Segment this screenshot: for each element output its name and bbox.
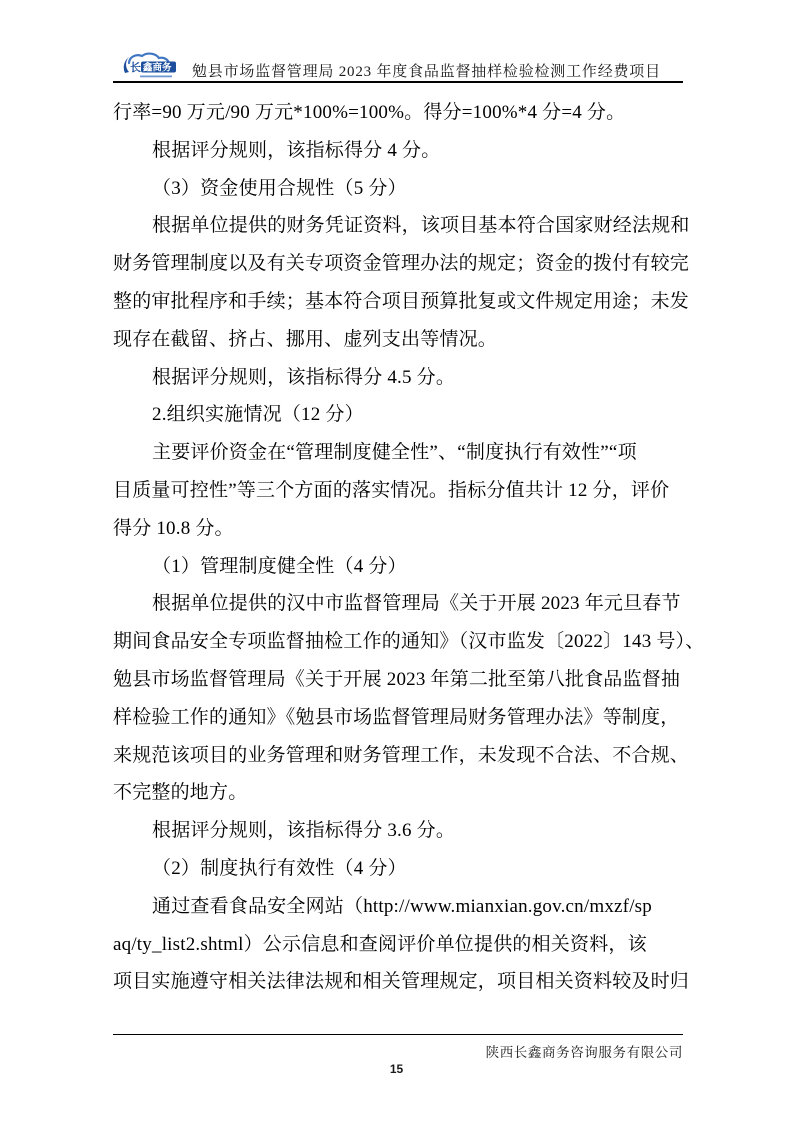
body-line: （1）管理制度健全性（4 分）: [113, 548, 685, 586]
body-line: 项目实施遵守相关法律法规和相关管理规定，项目相关资料较及时归: [113, 963, 685, 1001]
document-page: 长 鑫商务 勉县市场监督管理局 2023 年度食品监督抽样检验检测工作经费项目 …: [0, 0, 793, 1122]
body-line: 现存在截留、挤占、挪用、虚列支出等情况。: [113, 321, 685, 359]
body-line: 财务管理制度以及有关专项资金管理办法的规定；资金的拨付有较完: [113, 245, 685, 283]
body-line: 2.组织实施情况（12 分）: [113, 396, 685, 434]
body-line: （2）制度执行有效性（4 分）: [113, 850, 685, 888]
body-line: aq/ty_list2.shtml）公示信息和查阅评价单位提供的相关资料，该: [113, 926, 685, 964]
body-line: 通过查看食品安全网站（http://www.mianxian.gov.cn/mx…: [113, 888, 685, 926]
logo-crescent-icon: [124, 57, 129, 73]
body-line: 根据单位提供的汉中市监督管理局《关于开展 2023 年元旦春节: [113, 585, 685, 623]
body-line: 根据评分规则，该指标得分 4.5 分。: [113, 359, 685, 397]
body-line: 主要评价资金在“管理制度健全性”、“制度执行有效性”“项: [113, 434, 685, 472]
body-line: （3）资金使用合规性（5 分）: [113, 170, 685, 208]
changxin-company-logo: 长 鑫商务: [116, 50, 186, 80]
body-line: 根据评分规则，该指标得分 4 分。: [113, 132, 685, 170]
page-number: 15: [0, 1062, 793, 1076]
header-divider-line: [113, 81, 683, 83]
logo-text-part2: 鑫商务: [142, 62, 172, 74]
body-line: 根据单位提供的财务凭证资料，该项目基本符合国家财经法规和: [113, 207, 685, 245]
body-line: 不完整的地方。: [113, 774, 685, 812]
body-line: 行率=90 万元/90 万元*100%=100%。得分=100%*4 分=4 分…: [113, 94, 685, 132]
footer-company-name: 陕西长鑫商务咨询服务有限公司: [113, 1041, 683, 1061]
logo-subtext-smudge: [140, 76, 172, 78]
body-line: 来规范该项目的业务管理和财务管理工作，未发现不合法、不合规、: [113, 737, 685, 775]
document-header-title: 勉县市场监督管理局 2023 年度食品监督抽样检验检测工作经费项目: [192, 60, 692, 81]
footer-divider-line: [113, 1034, 683, 1035]
body-line: 样检验工作的通知》《勉县市场监督管理局财务管理办法》等制度，: [113, 699, 685, 737]
body-line: 勉县市场监督管理局《关于开展 2023 年第二批至第八批食品监督抽: [113, 661, 685, 699]
body-line: 整的审批程序和手续；基本符合项目预算批复或文件规定用途；未发: [113, 283, 685, 321]
logo-text-part1: 长: [130, 60, 141, 74]
body-line: 目质量可控性”等三个方面的落实情况。指标分值共计 12 分，评价: [113, 472, 685, 510]
document-body: 行率=90 万元/90 万元*100%=100%。得分=100%*4 分=4 分…: [113, 94, 685, 1001]
body-line: 根据评分规则，该指标得分 3.6 分。: [113, 812, 685, 850]
body-line: 得分 10.8 分。: [113, 510, 685, 548]
body-line: 期间食品安全专项监督抽检工作的通知》（汉市监发〔2022〕143 号）、: [113, 623, 685, 661]
